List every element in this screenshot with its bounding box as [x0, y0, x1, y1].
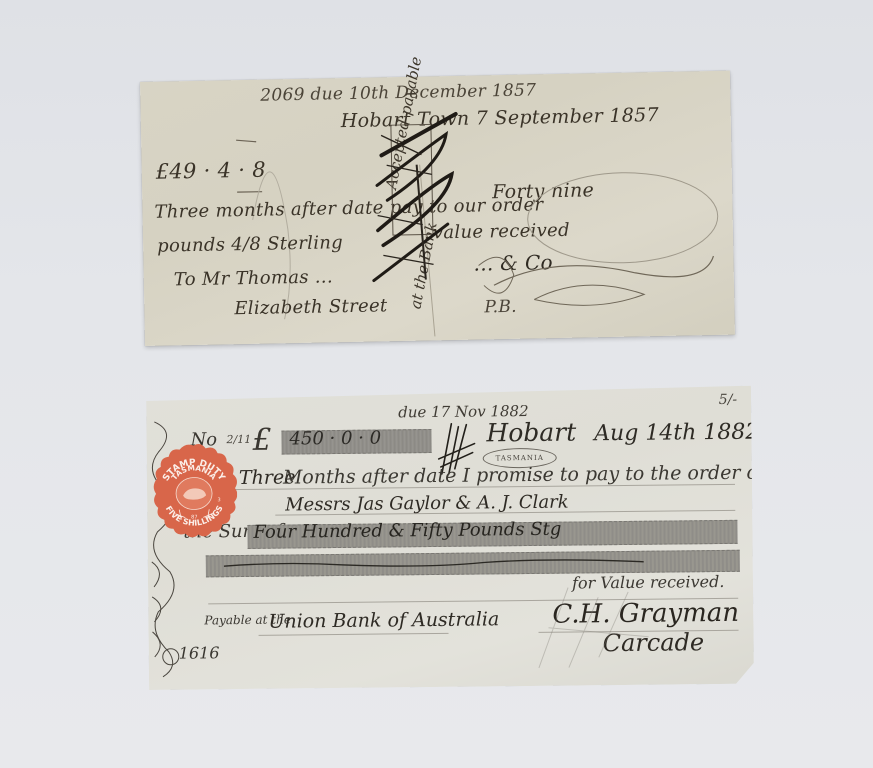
stamp-duty-seal: STAMP DUTY TASMANIA FIVE SHILLINGS 87 3: [151, 443, 238, 542]
place-and-date: HobartAug 14th 1882: [486, 416, 759, 448]
reference-number: 1616: [179, 643, 220, 662]
corner-value: 5/-: [719, 392, 738, 408]
stamp-side-mark: 3: [218, 497, 221, 503]
amount-figures: 450 · 0 · 0: [289, 428, 381, 450]
amount-figures: £49 · 4 · 8: [155, 158, 266, 184]
void-stroke-icon: [224, 556, 644, 570]
rule-line: [259, 633, 449, 636]
stamp-duty-seal-icon: STAMP DUTY TASMANIA FIVE SHILLINGS 87 3: [151, 443, 238, 542]
date: Aug 14th 1882: [594, 420, 759, 447]
pound-sign: £: [252, 423, 271, 458]
street-address: Elizabeth Street: [234, 295, 387, 319]
faint-pencil-marks: [528, 577, 669, 678]
sum-security-band: Four Hundred & Fifty Pounds Stg: [247, 520, 737, 549]
payees: Messrs Jas Gaylor & A. J. Clark: [285, 492, 569, 516]
stamp-year-mark: 87: [191, 514, 197, 520]
addressee: To Mr Thomas ...: [174, 266, 333, 290]
cancellation-scribble-icon: [360, 104, 474, 296]
body-line-2: pounds 4/8 Sterling: [157, 232, 343, 257]
amount-security-band: 450 · 0 · 0: [281, 429, 431, 455]
sum-in-words: Four Hundred & Fifty Pounds Stg: [253, 519, 561, 543]
flourish-oval-icon: [472, 161, 725, 316]
promissory-note-1882: 5/- due 17 Nov 1882 No 2/11 £ 450 · 0 · …: [146, 386, 754, 690]
bill-of-exchange-1857: 2069 due 10th December 1857 Hobart Town …: [140, 71, 735, 346]
place: Hobart: [486, 417, 576, 447]
payable-bank: Union Bank of Australia: [268, 608, 499, 632]
